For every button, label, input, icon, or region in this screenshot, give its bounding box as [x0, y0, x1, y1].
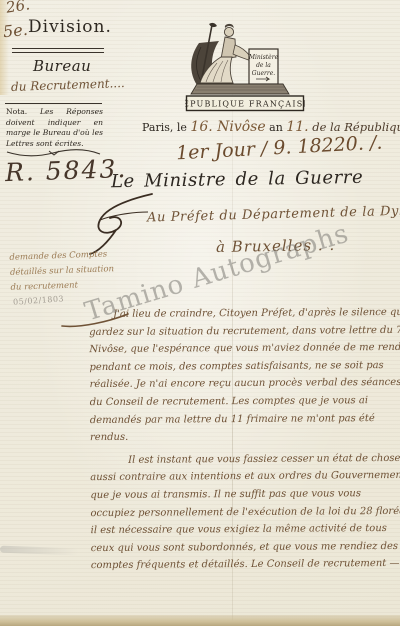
body-line: gardez sur la situation du recrutement, … [89, 322, 400, 342]
dateline-city: Paris, le [142, 121, 190, 134]
body-line: que je vous ai transmis. Il ne suffit pa… [90, 485, 400, 505]
emblem-banner-text: RÉPUBLIQUE FRANÇAISE. [185, 100, 305, 109]
letter-body: J'ai lieu de craindre, Citoyen Préfet, d… [89, 304, 400, 575]
emblem-pedestal [191, 84, 289, 94]
margin-note-line3: du recrutement [10, 280, 78, 292]
minister-title: Le Ministre de la Guerre [111, 167, 364, 192]
registry-number: R. 5843. [5, 154, 128, 187]
margin-note-line1: demande des Comptes [9, 249, 107, 262]
body-line: J'ai lieu de craindre, Citoyen Préfet, d… [89, 304, 400, 324]
body-line: du Conseil de recrutement. Les comptes q… [90, 392, 400, 412]
corner-number: 26. [5, 0, 31, 17]
address-line2: à Bruxelles . . [216, 236, 335, 256]
nota-block: Nota. Les Réponses doivent indiquer en m… [6, 107, 103, 149]
svg-text:Guerre.: Guerre. [252, 70, 275, 77]
body-line: rendus. [90, 427, 400, 447]
republic-emblem: Ministère de la Guerre. RÉPUBLIQUE FRANÇ… [185, 19, 305, 112]
body-line: ceux qui vous sont subordonnés, et que v… [91, 538, 400, 558]
body-line: pendant ce mois, des comptes satisfaisan… [89, 357, 400, 377]
body-line: réalisée. Je n'ai encore reçu aucun proc… [90, 374, 400, 394]
division-label: Division. [28, 17, 112, 37]
body-line: Il est instant que vous fassiez cesser u… [90, 450, 400, 470]
body-line: il est nécessaire que vous exigiez la mê… [91, 520, 400, 540]
dateline-day: 16. Nivôse [190, 119, 265, 135]
body-line: comptes fréquents et détaillés. Le Conse… [91, 555, 400, 575]
body-line: aussi contraire aux intentions et aux or… [90, 467, 400, 487]
margin-note-line2: détaillés sur la situation [10, 264, 114, 278]
registry-annotation: 1er Jour / 9. 18220. /. [176, 132, 383, 165]
pencil-date: 05/02/1803 [13, 294, 65, 307]
emblem-tablet-text: Ministère [248, 54, 279, 61]
paper-bottom-edge [0, 615, 400, 626]
body-line: occupiez personnellement de l'exécution … [90, 502, 400, 522]
dateline-year: 11. [286, 119, 308, 135]
dateline-an: an [266, 121, 287, 134]
body-line: demandés par ma lettre du 11 frimaire ne… [90, 409, 400, 429]
paper-smudge [0, 546, 78, 556]
letter-document: 26. 5e. Division. Bureau du Recrutement.… [0, 0, 400, 626]
emblem-figure-head [224, 27, 233, 36]
bureau-label: Bureau [33, 57, 91, 75]
dateline-suffix: de la République. [309, 120, 400, 134]
division-number: 5e. [2, 20, 29, 41]
divider-rule [12, 52, 104, 53]
nota-top-rule [5, 103, 102, 104]
divider-rule [12, 48, 104, 49]
nota-prefix: Nota. [6, 107, 27, 116]
emblem-figure-torso [221, 37, 236, 59]
margin-note: demande des Comptes détaillés sur la sit… [9, 247, 115, 296]
svg-text:de la: de la [256, 62, 271, 69]
body-line: Nivôse, que l'espérance que vous m'aviez… [89, 339, 400, 359]
bureau-handwritten-line: du Recrutement.... [11, 76, 125, 94]
address-line1: Au Préfet du Département de la Dyle [147, 204, 400, 226]
